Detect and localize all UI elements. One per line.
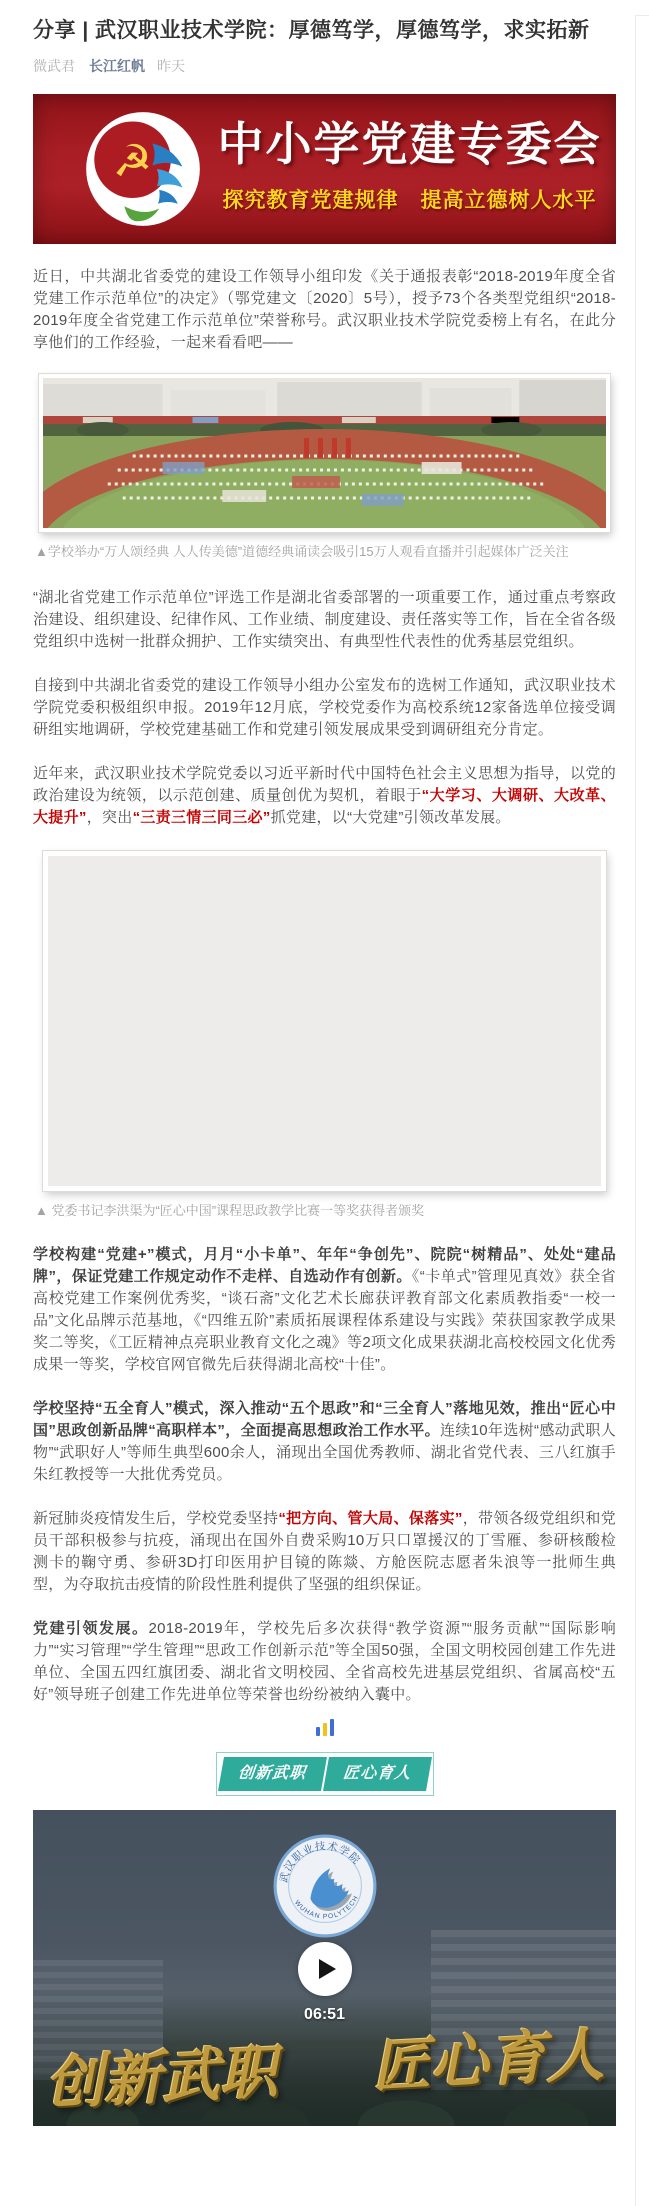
p7-red-highlight: “把方向、管大局、保落实” bbox=[278, 1510, 462, 1527]
p4-post: 抓党建，以“大党建”引领改革发展。 bbox=[271, 809, 511, 826]
byline: 微武君长江红帆昨天 bbox=[33, 56, 616, 76]
paragraph-education: 学校坚持“五全育人”模式，深入推动“五个思政”和“三全育人”落地见效，推出“匠心… bbox=[33, 1398, 616, 1486]
video-player[interactable]: 武汉职业技术学院 WUHAN POLYTECHNIC 06:51 创新武职 匠心… bbox=[33, 1810, 616, 2126]
paragraph-intro-text: 近日，中共湖北省委党的建设工作领导小组印发《关于通报表彰“2018-2019年度… bbox=[33, 268, 616, 351]
unloaded-image-placeholder[interactable] bbox=[43, 851, 606, 1191]
article-page: { "header": { "title": "分享 | 武汉职业技术学院：厚德… bbox=[0, 0, 649, 2206]
award-photo-caption: ▲ 党委书记李洪渠为“匠心中国”课程思政教学比赛一等奖获得者颁奖 bbox=[35, 1201, 614, 1220]
paragraph-intro: 近日，中共湖北省委党的建设工作领导小组印发《关于通报表彰“2018-2019年度… bbox=[33, 266, 616, 354]
slogan-badge-right-text: 匠心育人 bbox=[341, 1757, 413, 1791]
party-committee-banner: ☭ 中小学党建专委会 探究教育党建规律 提高立德树人水平 bbox=[33, 94, 616, 244]
stadium-photo[interactable] bbox=[39, 374, 610, 532]
paragraph-covid: 新冠肺炎疫情发生后，学校党委坚持“把方向、管大局、保落实”，带领各级党组织和党员… bbox=[33, 1508, 616, 1596]
play-button[interactable] bbox=[298, 1942, 352, 1996]
p4-red-highlight-2: “三责三情三同三必” bbox=[133, 809, 271, 826]
video-title-right: 匠心育人 bbox=[370, 2025, 605, 2097]
loading-bar-blue-1 bbox=[316, 1727, 320, 1736]
p8-bold-lead: 党建引领发展。 bbox=[33, 1620, 149, 1637]
stadium-photo-art bbox=[43, 378, 606, 528]
loading-bars-icon bbox=[313, 1718, 337, 1736]
p7-pre: 新冠肺炎疫情发生后，学校党委坚持 bbox=[33, 1510, 278, 1527]
paragraph-brand: 学校构建“党建+”模式，月月“小卡单”、年年“争创先”、院院“树精品”、处处“建… bbox=[33, 1244, 616, 1376]
article-content: 分享 | 武汉职业技术学院：厚德笃学，厚德笃学，求实拓新 微武君长江红帆昨天 ☭… bbox=[0, 0, 649, 2126]
party-banner-logo-icon: ☭ bbox=[85, 111, 201, 227]
loading-bar-blue-2 bbox=[330, 1719, 334, 1736]
school-seal-icon: 武汉职业技术学院 WUHAN POLYTECHNIC bbox=[273, 1834, 377, 1938]
paragraph-guide: 近年来，武汉职业技术学院党委以习近平新时代中国特色社会主义思想为指导，以党的政治… bbox=[33, 763, 616, 829]
account-name-link[interactable]: 长江红帆 bbox=[89, 58, 145, 74]
slogan-badge: 创新武职 匠心育人 bbox=[216, 1752, 434, 1796]
banner-slogan: 探究教育党建规律 提高立德树人水平 bbox=[211, 184, 608, 214]
author-name: 微武君 bbox=[33, 58, 75, 74]
banner-texts: 中小学党建专委会 探究教育党建规律 提高立德树人水平 bbox=[211, 94, 608, 214]
banner-title: 中小学党建专委会 bbox=[211, 118, 608, 170]
loading-bar-yellow bbox=[323, 1723, 327, 1736]
video-duration: 06:51 bbox=[304, 2006, 345, 2024]
paragraph-development: 党建引领发展。2018-2019年，学校先后多次获得“教学资源”“服务贡献”“国… bbox=[33, 1618, 616, 1706]
page-title: 分享 | 武汉职业技术学院：厚德笃学，厚德笃学，求实拓新 bbox=[33, 0, 616, 46]
paragraph-selection: “湖北省党建工作示范单位”评选工作是湖北省委部署的一项重要工作，通过重点考察政治… bbox=[33, 587, 616, 653]
video-title-left: 创新武职 bbox=[44, 2043, 279, 2115]
slogan-badge-left-text: 创新武职 bbox=[236, 1757, 308, 1791]
paragraph-apply-text: 自接到中共湖北省委党的建设工作领导小组办公室发布的选树工作通知，武汉职业技术学院… bbox=[33, 677, 616, 738]
photo-caption: ▲学校举办“万人颂经典 人人传美德”道德经典诵读会吸引15万人观看直播并引起媒体… bbox=[35, 542, 614, 561]
p4-mid: ，突出 bbox=[87, 809, 133, 826]
publish-date: 昨天 bbox=[157, 58, 185, 74]
play-icon bbox=[319, 1959, 336, 1979]
slogan-badge-left: 创新武职 bbox=[218, 1757, 327, 1791]
paragraph-selection-text: “湖北省党建工作示范单位”评选工作是湖北省委部署的一项重要工作，通过重点考察政治… bbox=[33, 589, 616, 650]
svg-text:☭: ☭ bbox=[113, 137, 153, 186]
paragraph-apply: 自接到中共湖北省委党的建设工作领导小组办公室发布的选树工作通知，武汉职业技术学院… bbox=[33, 675, 616, 741]
slogan-badge-right: 匠心育人 bbox=[323, 1757, 432, 1791]
